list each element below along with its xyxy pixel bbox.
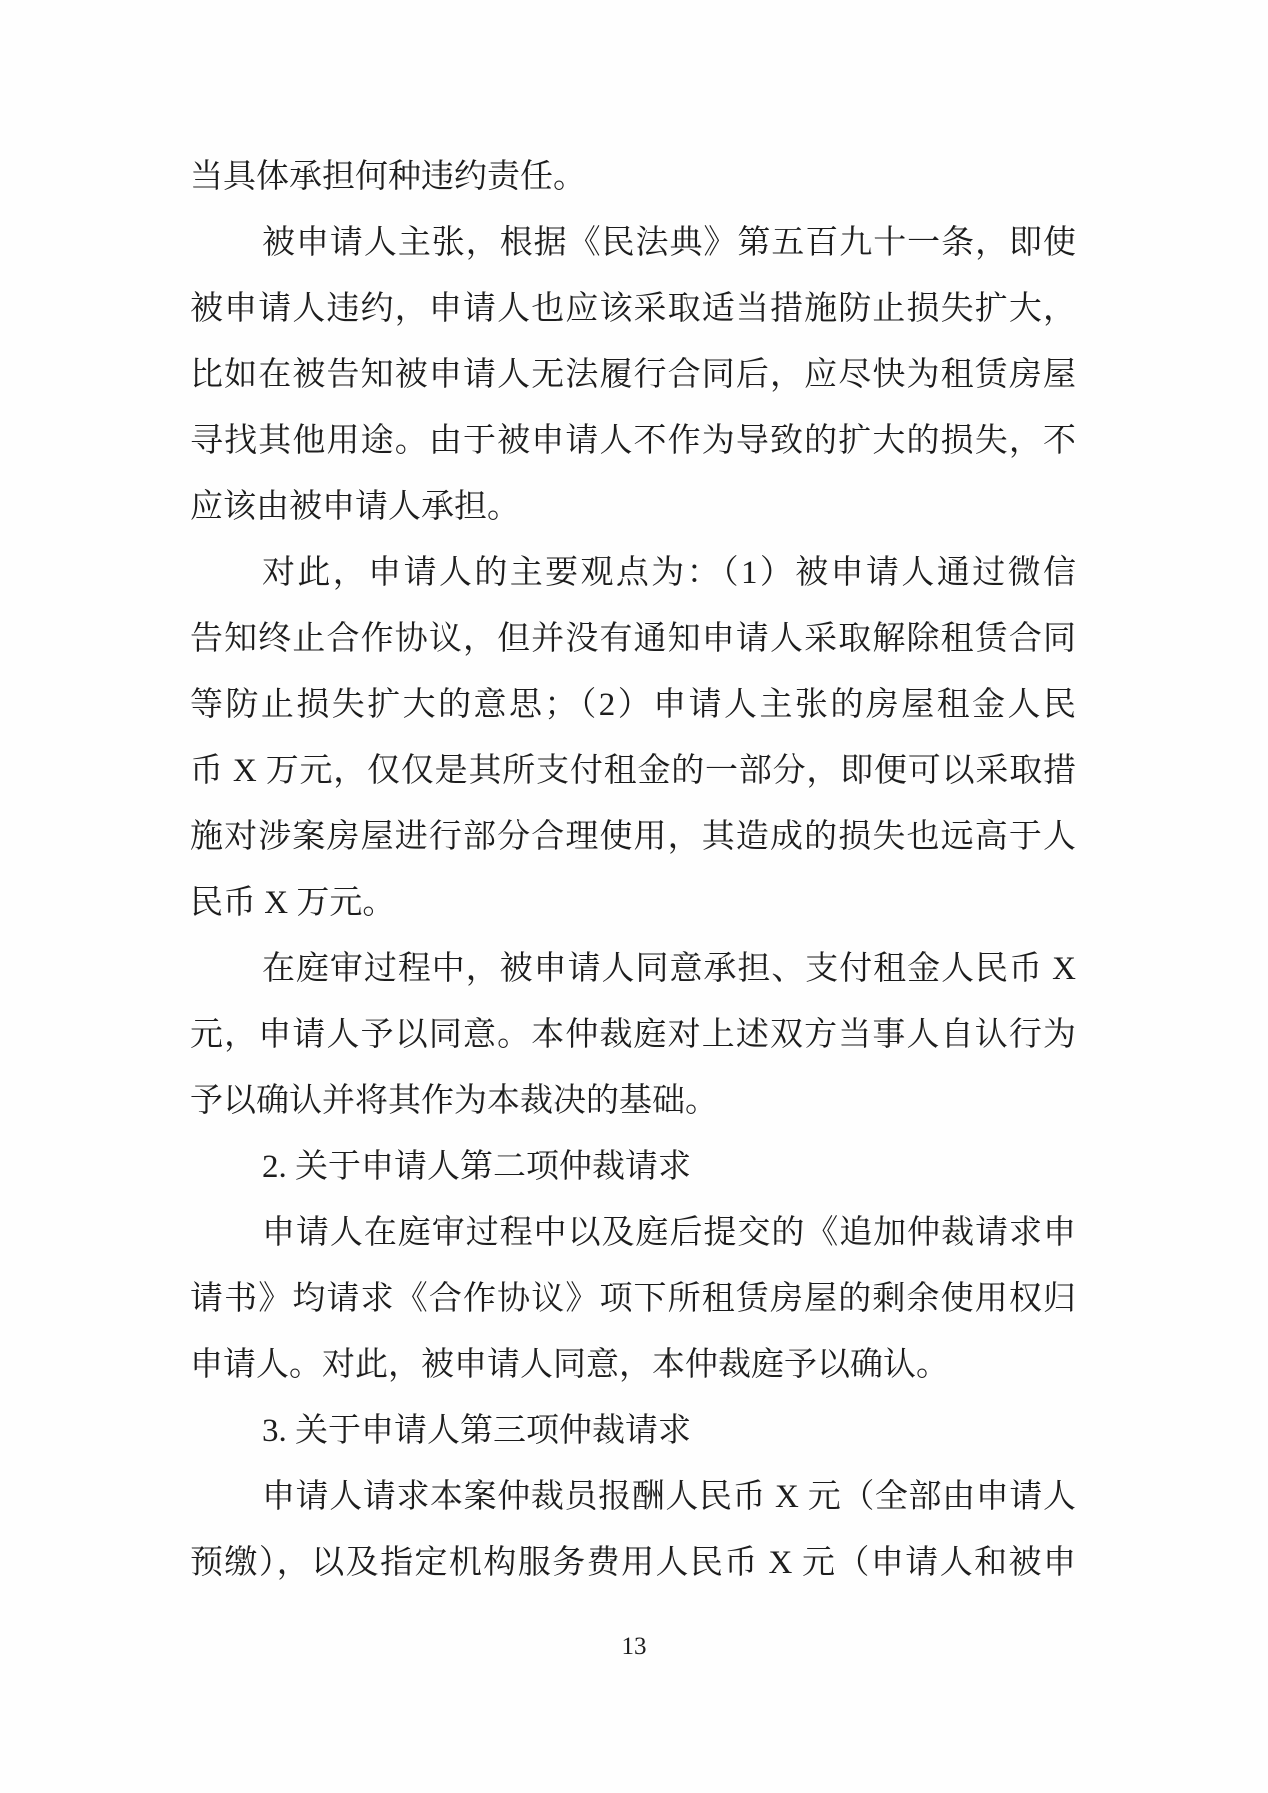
text-line: 予以确认并将其作为本裁决的基础。 [190, 1068, 1076, 1134]
text-line: 民币 X 万元。 [190, 870, 1076, 936]
text-line: 被申请人违约，申请人也应该采取适当措施防止损失扩大， [190, 276, 1076, 342]
text-line: 币 X 万元，仅仅是其所支付租金的一部分，即便可以采取措 [190, 738, 1076, 804]
text-line: 寻找其他用途。由于被申请人不作为导致的扩大的损失，不 [190, 408, 1076, 474]
text-line: 请书》均请求《合作协议》项下所租赁房屋的剩余使用权归 [190, 1266, 1076, 1332]
text-line: 等防止损失扩大的意思；（2）申请人主张的房屋租金人民 [190, 672, 1076, 738]
text-line: 告知终止合作协议，但并没有通知申请人采取解除租赁合同 [190, 606, 1076, 672]
text-line: 在庭审过程中，被申请人同意承担、支付租金人民币 X [190, 936, 1076, 1002]
text-line: 被申请人主张，根据《民法典》第五百九十一条，即使 [190, 210, 1076, 276]
text-line: 应该由被申请人承担。 [190, 474, 1076, 540]
page-number: 13 [0, 1630, 1268, 1664]
text-line: 预缴），以及指定机构服务费用人民币 X 元（申请人和被申 [190, 1530, 1076, 1596]
text-line: 申请人在庭审过程中以及庭后提交的《追加仲裁请求申 [190, 1200, 1076, 1266]
section-heading: 3. 关于申请人第三项仲裁请求 [190, 1398, 1076, 1464]
text-line: 施对涉案房屋进行部分合理使用，其造成的损失也远高于人 [190, 804, 1076, 870]
document-page: 当具体承担何种违约责任。 被申请人主张，根据《民法典》第五百九十一条，即使 被申… [0, 0, 1268, 1793]
text-line: 对此，申请人的主要观点为：（1）被申请人通过微信 [190, 540, 1076, 606]
text-line: 申请人。对此，被申请人同意，本仲裁庭予以确认。 [190, 1332, 1076, 1398]
text-line: 元，申请人予以同意。本仲裁庭对上述双方当事人自认行为 [190, 1002, 1076, 1068]
section-heading: 2. 关于申请人第二项仲裁请求 [190, 1134, 1076, 1200]
text-line: 当具体承担何种违约责任。 [190, 144, 1076, 210]
text-line: 比如在被告知被申请人无法履行合同后，应尽快为租赁房屋 [190, 342, 1076, 408]
page-body: 当具体承担何种违约责任。 被申请人主张，根据《民法典》第五百九十一条，即使 被申… [190, 144, 1076, 1596]
text-line: 申请人请求本案仲裁员报酬人民币 X 元（全部由申请人 [190, 1464, 1076, 1530]
